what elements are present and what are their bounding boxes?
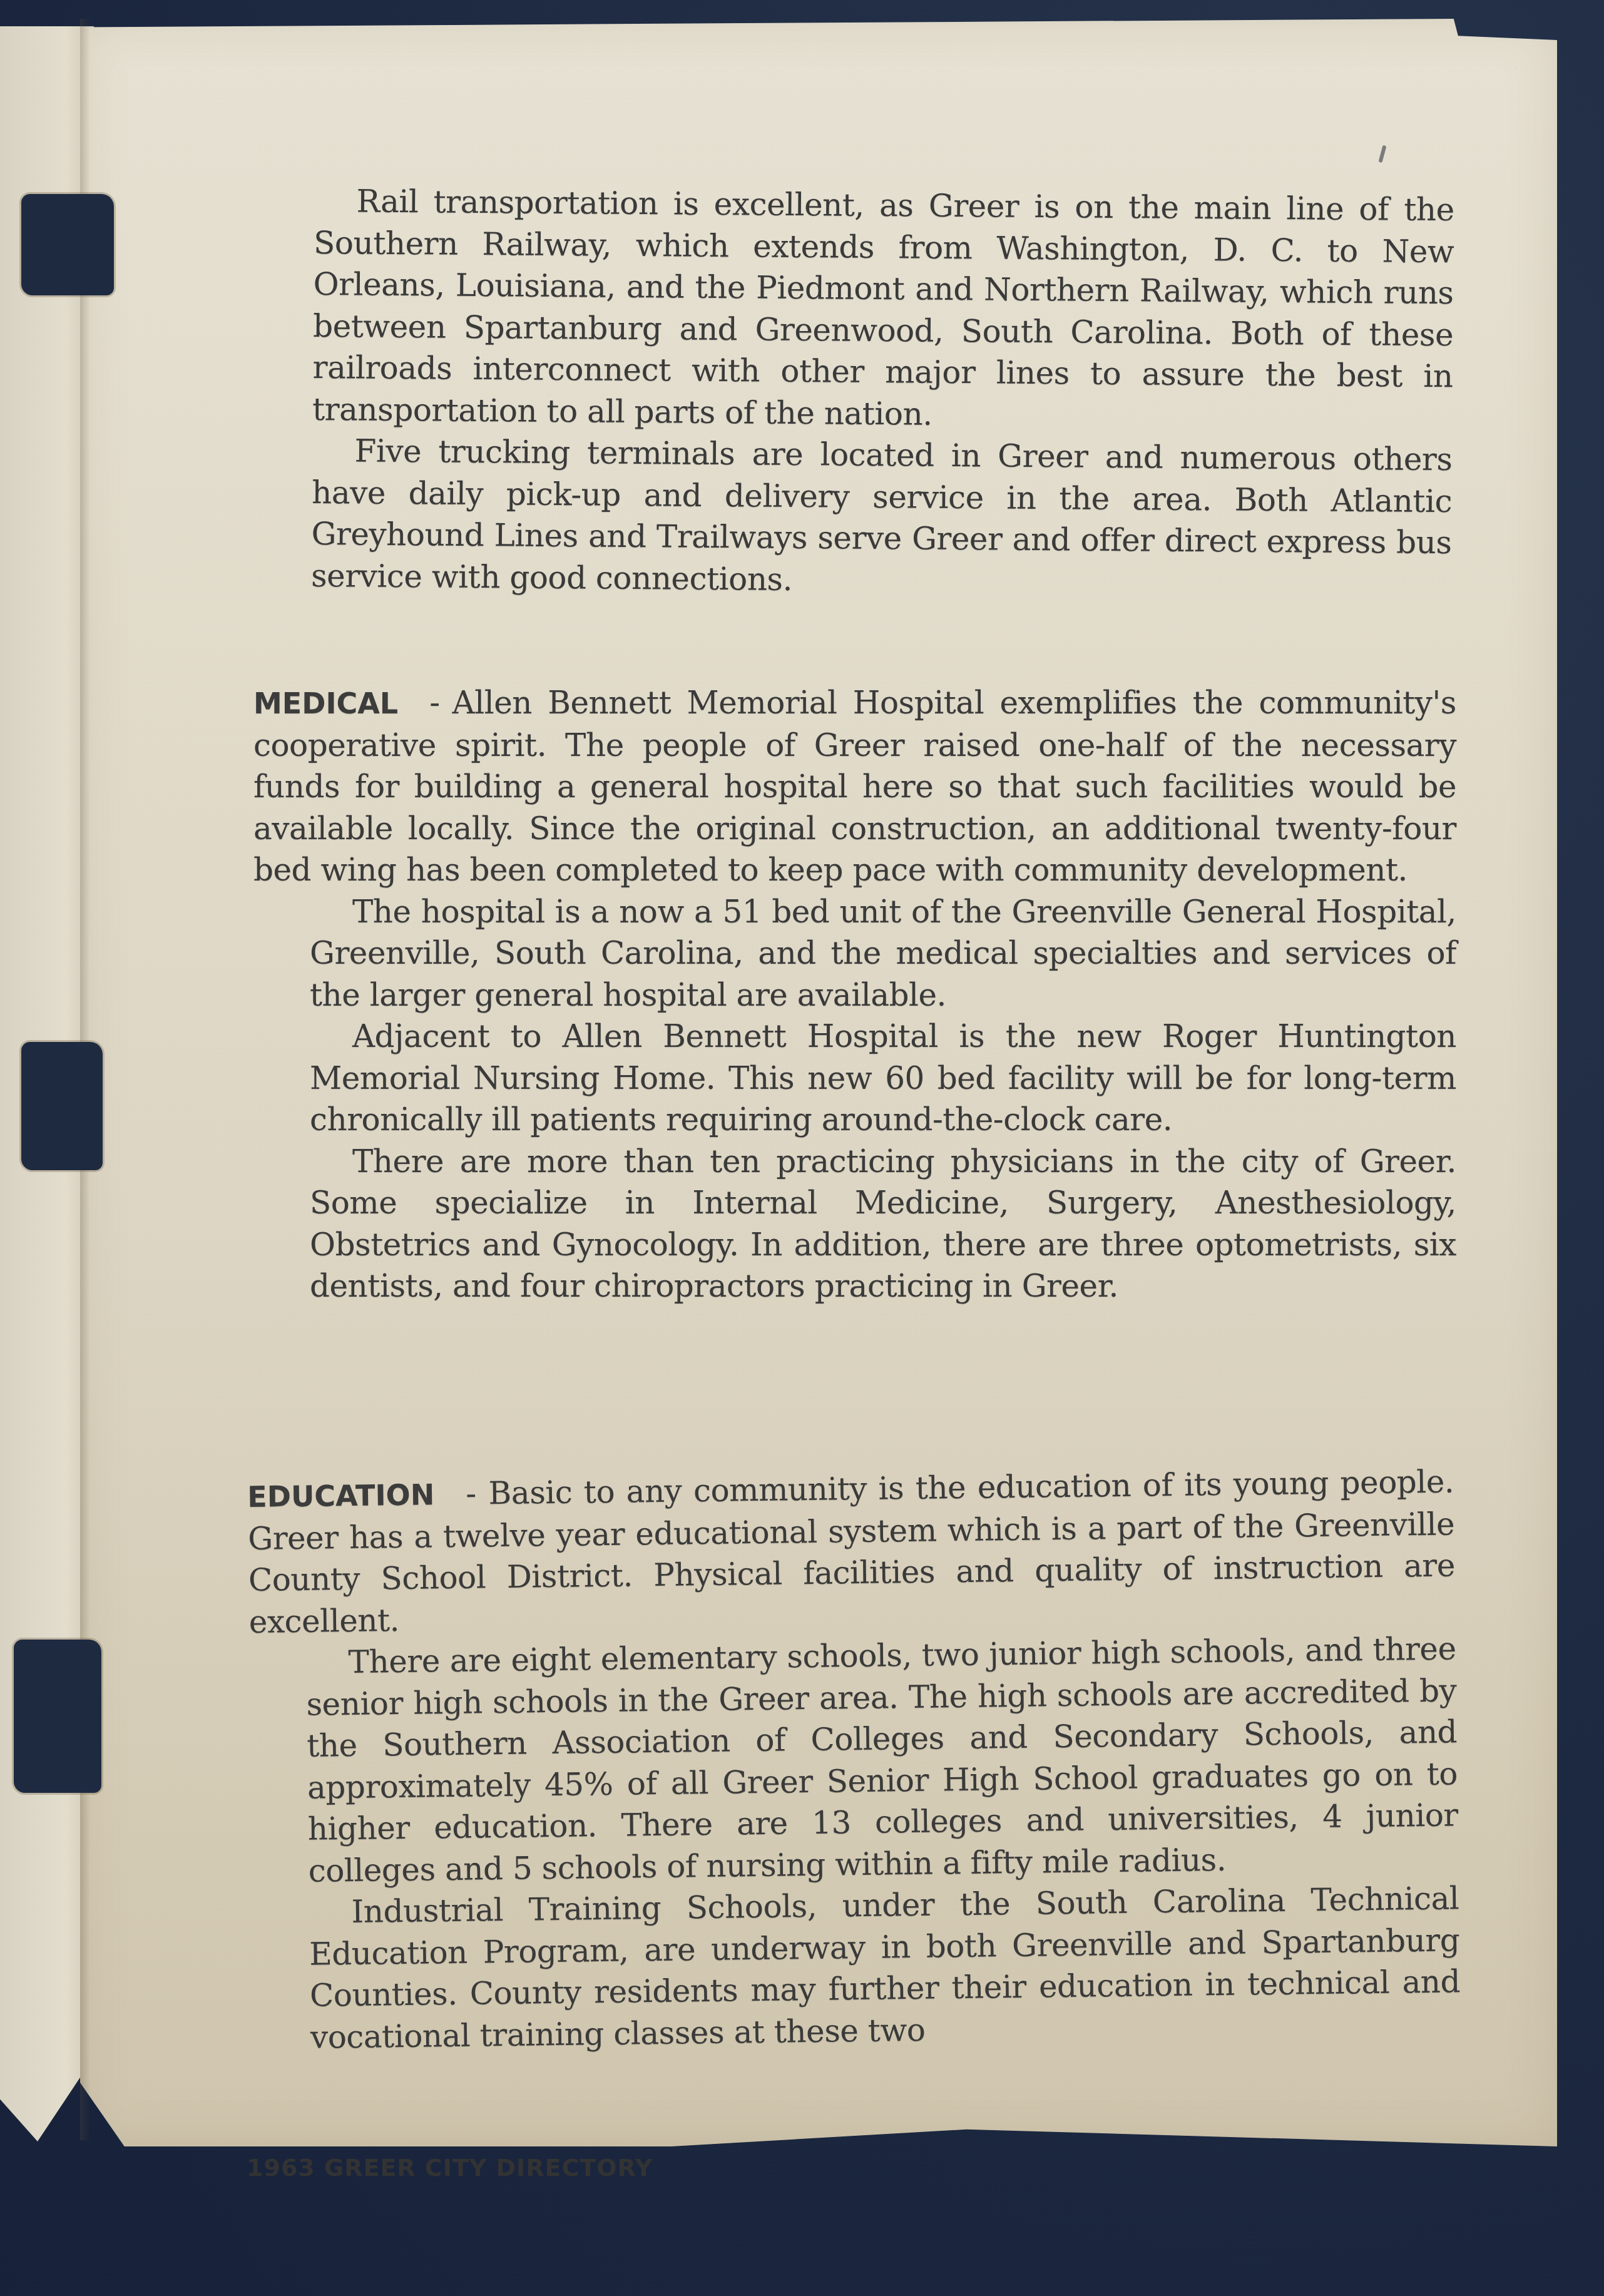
physicians-paragraph: There are more than ten practicing physi… (310, 1141, 1456, 1307)
industrial-training-paragraph: Industrial Training Schools, under the S… (309, 1877, 1461, 2058)
nursing-home-paragraph: Adjacent to Allen Bennett Hospital is th… (310, 1016, 1456, 1141)
education-heading: EDUCATION (247, 1477, 434, 1514)
binding-hole-top (21, 194, 114, 295)
binding-hole-middle (21, 1042, 103, 1170)
education-lead-paragraph: EDUCATION-Basic to any community is the … (247, 1461, 1456, 1643)
medical-lead-paragraph: MEDICAL-Allen Bennett Memorial Hospital … (253, 682, 1456, 891)
page-footer: 1963 GREER CITY DIRECTORY (247, 2154, 653, 2181)
medical-dash: - (429, 685, 439, 721)
rail-paragraph: Rail transportation is excellent, as Gre… (312, 180, 1454, 439)
education-dash: - (466, 1476, 476, 1512)
medical-heading: MEDICAL (253, 686, 398, 720)
trucking-paragraph: Five trucking terminals are located in G… (311, 430, 1453, 605)
medical-section: MEDICAL-Allen Bennett Memorial Hospital … (253, 682, 1456, 1307)
hospital-paragraph: The hospital is a now a 51 bed unit of t… (310, 891, 1456, 1016)
education-section: EDUCATION-Basic to any community is the … (247, 1461, 1461, 2058)
transportation-section: Rail transportation is excellent, as Gre… (311, 180, 1454, 605)
schools-paragraph: There are eight elementary schools, two … (305, 1628, 1459, 1891)
binding-hole-bottom (14, 1640, 101, 1793)
